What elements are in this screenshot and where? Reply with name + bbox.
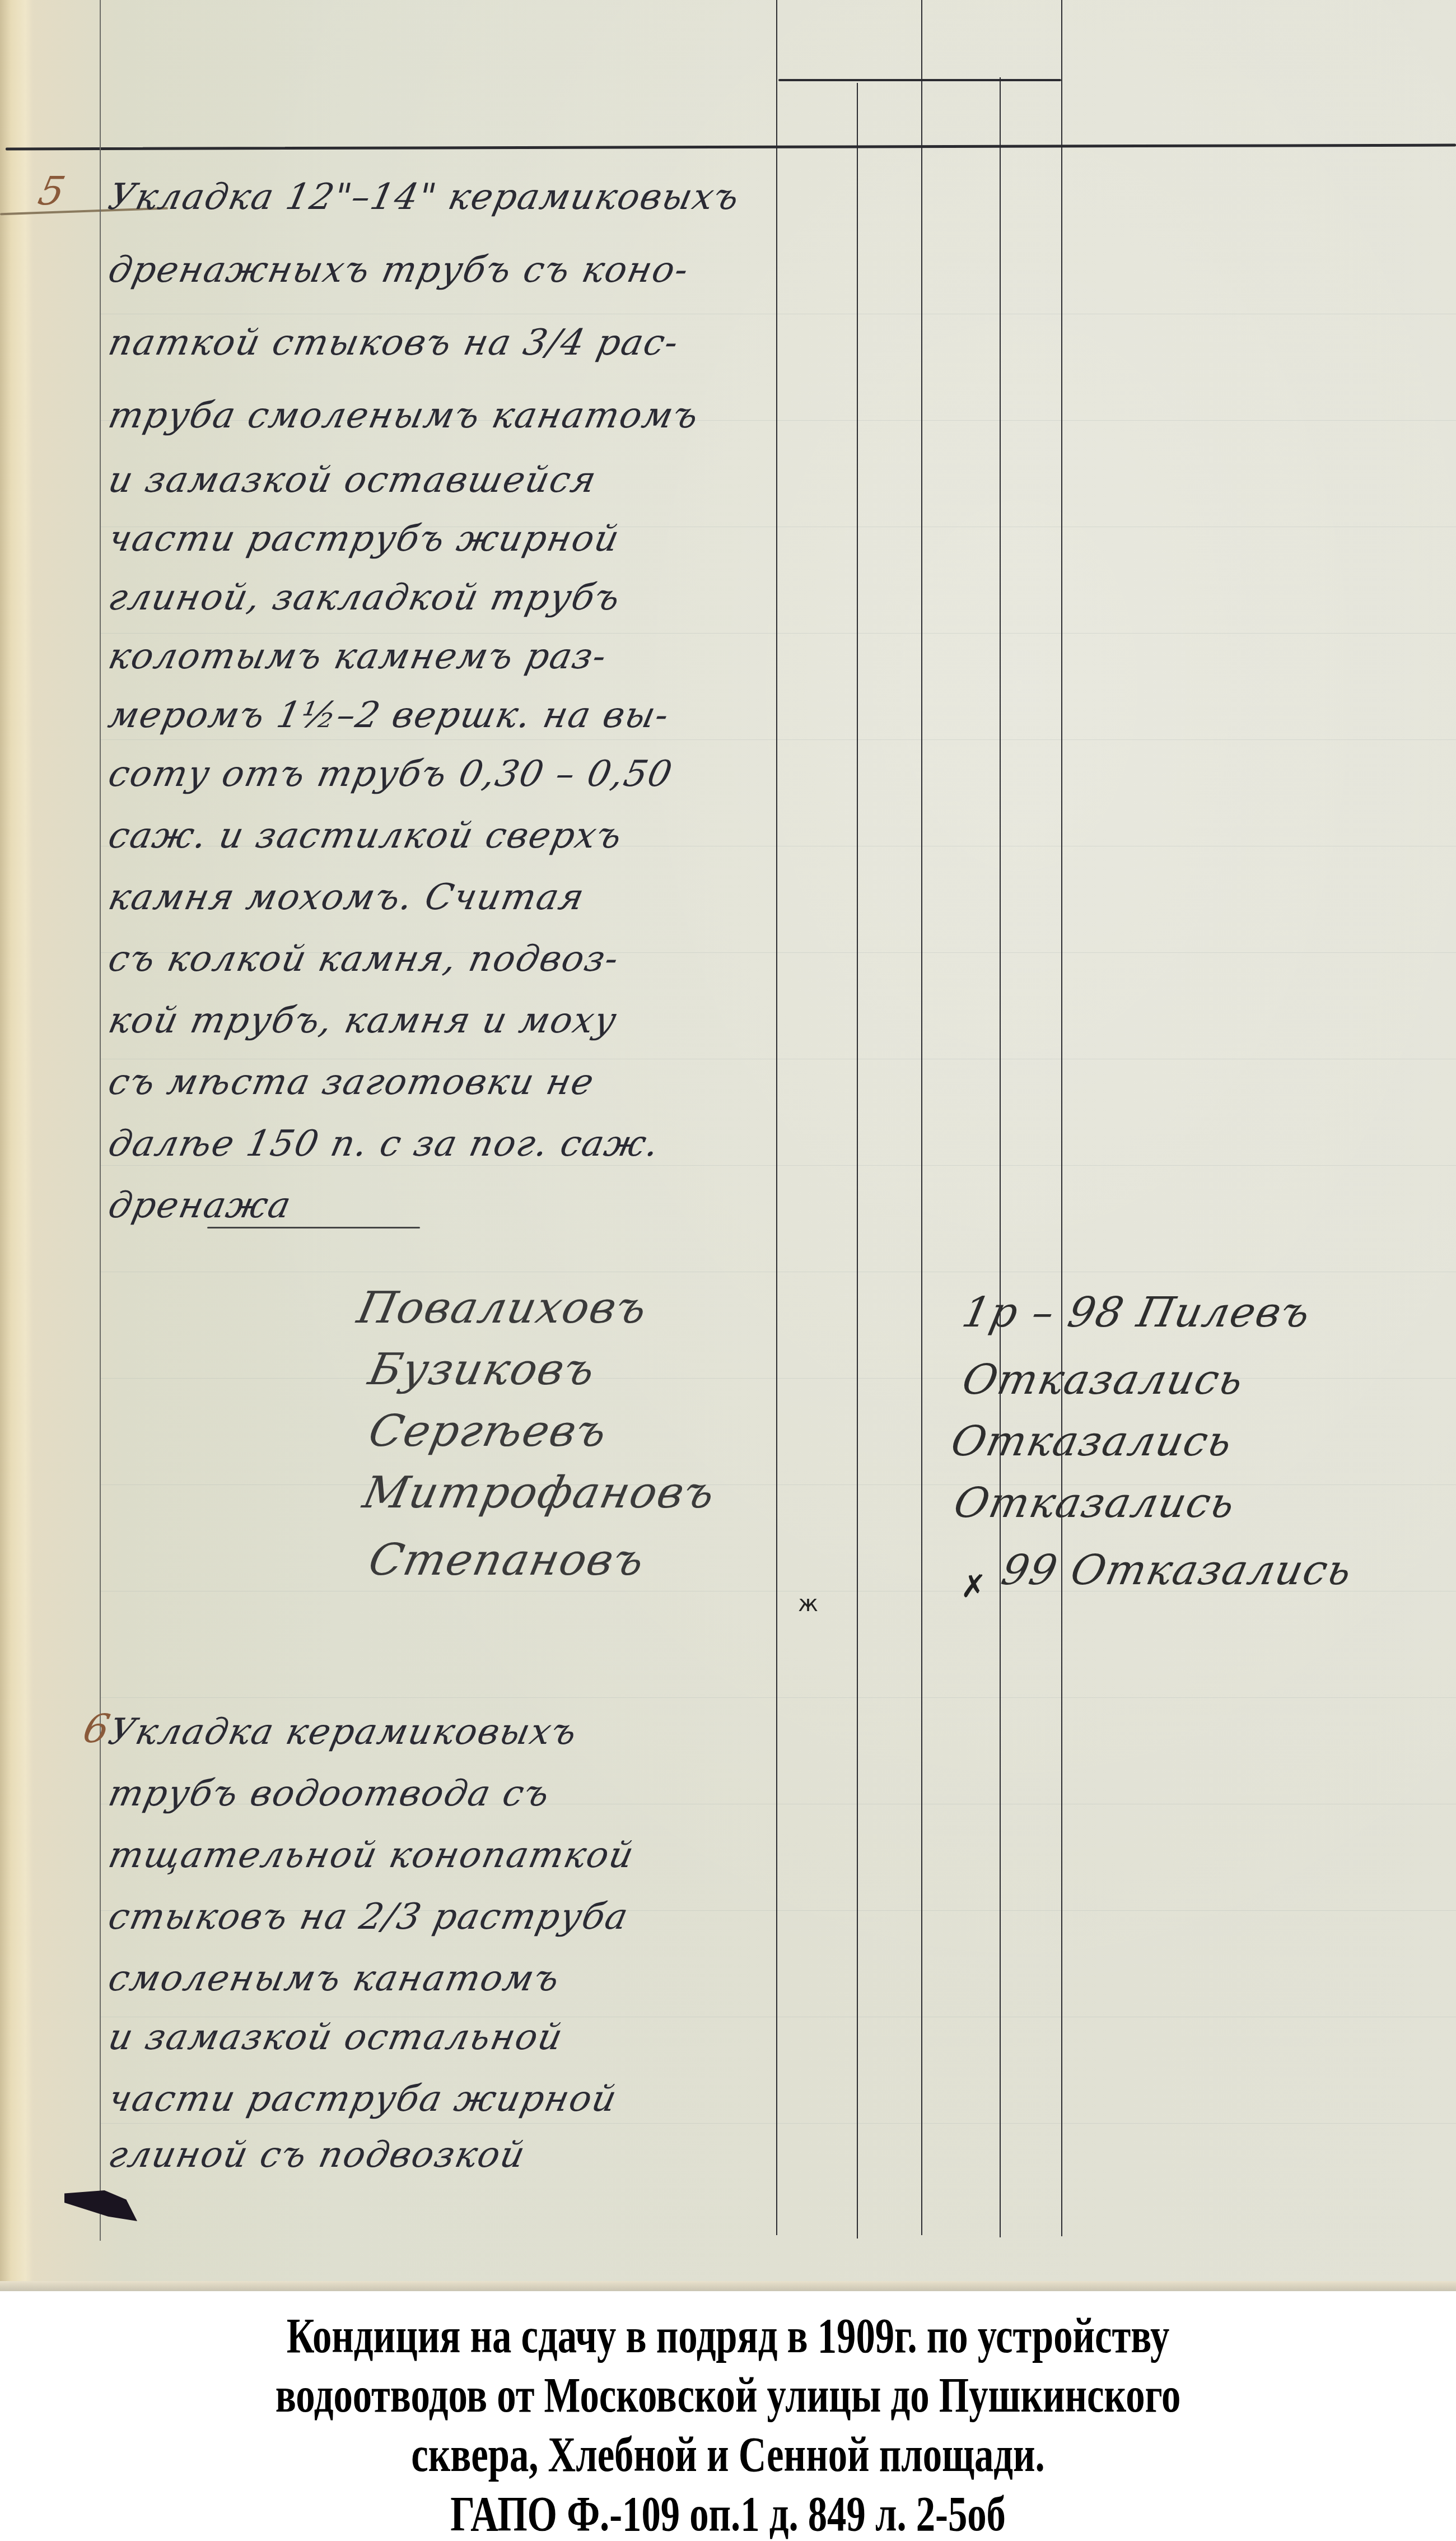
text-line: меромъ 1½–2 вершк. на вы- xyxy=(105,695,673,736)
text-line: части раструба жирной xyxy=(105,2078,621,2120)
text-line: кой трубъ, камня и моху xyxy=(105,1000,621,1041)
header-rule-short xyxy=(778,79,1061,81)
column-line-2 xyxy=(857,83,858,2238)
signature-right: 1р – 98 Пилевъ xyxy=(958,1288,1315,1337)
signature: Повалиховъ xyxy=(353,1283,652,1333)
text-line: стыковъ на 2/3 раструба xyxy=(105,1896,632,1938)
signature: Бузиковъ xyxy=(364,1344,600,1395)
cross-mark-icon: ✗ xyxy=(960,1569,987,1605)
text-line: и замазкой остальной xyxy=(105,2017,567,2058)
caption-line-1: Кондиция на сдачу в подряд в 1909г. по у… xyxy=(160,2307,1296,2366)
ruled-line xyxy=(101,739,1456,740)
ruled-line xyxy=(101,1378,1456,1379)
ruled-line xyxy=(101,1059,1456,1059)
column-line-1 xyxy=(776,0,777,2235)
caption-line-2: водоотводов от Московской улицы до Пушки… xyxy=(160,2366,1296,2426)
text-line: саж. и застилкой сверхъ xyxy=(105,815,626,857)
text-line: тщательной конопаткой xyxy=(105,1835,638,1876)
text-underline xyxy=(207,1227,420,1228)
text-line: соту отъ трубъ 0,30 – 0,50 xyxy=(105,753,676,795)
text-line: камня мохомъ. Считая xyxy=(105,877,589,918)
text-line: смоленымъ канатомъ xyxy=(105,1958,564,1999)
signature: Сергѣевъ xyxy=(364,1406,612,1456)
ruled-line xyxy=(101,1165,1456,1166)
signature: Митрофановъ xyxy=(358,1468,720,1518)
item-number-5: 5 xyxy=(34,168,70,214)
column-line-3 xyxy=(921,0,922,2235)
text-line: далѣе 150 п. с за пог. саж. xyxy=(105,1123,664,1165)
torn-paper-hole xyxy=(64,2190,137,2221)
binding-edge xyxy=(0,0,34,2286)
ruled-line xyxy=(101,1484,1456,1485)
text-line: трубъ водоотвода съ xyxy=(105,1773,554,1814)
ruled-line xyxy=(101,633,1456,634)
manuscript-page: 5 Укладка 12"–14" керамиковыхъ дренажных… xyxy=(0,0,1456,2286)
left-margin-line xyxy=(100,0,101,2241)
text-line: глиной съ подвозкой xyxy=(105,2134,529,2176)
text-line: дренажа xyxy=(105,1185,295,1226)
ruled-line xyxy=(101,314,1456,314)
signature: Степановъ xyxy=(364,1535,649,1585)
column-line-4 xyxy=(1000,77,1001,2237)
header-rule-main xyxy=(6,144,1456,151)
text-line: дренажныхъ трубъ съ коно- xyxy=(105,249,693,291)
text-line: колотымъ камнемъ раз- xyxy=(105,636,611,677)
ink-mark: ж xyxy=(798,1591,818,1617)
text-line: съ мѣста заготовки не xyxy=(105,1062,598,1103)
text-line: Укладка керамиковыхъ xyxy=(105,1711,581,1753)
signature-right: 99 Отказались xyxy=(997,1546,1357,1594)
ruled-line xyxy=(101,1272,1456,1272)
column-line-5 xyxy=(1061,0,1062,2236)
caption-line-3: сквера, Хлебной и Сенной площади. xyxy=(160,2426,1296,2485)
text-line: и замазкой оставшейся xyxy=(105,459,600,501)
text-line: паткой стыковъ на 3/4 рас- xyxy=(105,322,683,364)
page-edge xyxy=(0,2281,1456,2291)
ruled-line xyxy=(101,1697,1456,1698)
text-line: части раструбъ жирной xyxy=(105,518,623,560)
signature-right: Отказались xyxy=(950,1479,1240,1527)
ruled-line xyxy=(101,2123,1456,2124)
caption: Кондиция на сдачу в подряд в 1909г. по у… xyxy=(0,2291,1456,2541)
caption-line-4: ГАПО Ф.-109 оп.1 д. 849 л. 2-5об xyxy=(160,2485,1296,2541)
text-line: глиной, закладкой трубъ xyxy=(105,577,624,618)
text-line: съ колкой камня, подвоз- xyxy=(105,938,623,980)
text-line: труба смоленымъ канатомъ xyxy=(105,395,703,436)
text-line: Укладка 12"–14" керамиковыхъ xyxy=(105,176,744,218)
signature-right: Отказались xyxy=(947,1417,1237,1465)
signature-right: Отказались xyxy=(958,1356,1248,1404)
